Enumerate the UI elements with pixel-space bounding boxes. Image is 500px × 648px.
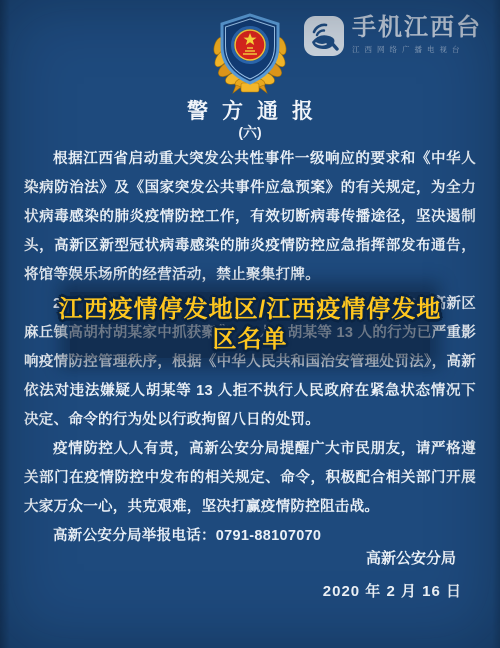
para1-line1: 根据江西省启动重大突发公共性事件一级响应的要求和《中华人民共和国传 bbox=[24, 145, 476, 174]
caption-line2: 区名单 bbox=[213, 325, 288, 355]
issuing-authority: 高新公安分局 bbox=[323, 548, 476, 570]
signature-block: 高新公安分局 2020 年 2 月 16 日 bbox=[323, 548, 476, 603]
para3-line3: 大家万众一心，共克艰难，坚决打赢疫情防控阻击战。 bbox=[24, 493, 476, 522]
para3-line2: 关部门在疫情防控中发布的相关规定、命令，积极配合相关部门开展防疫工作， bbox=[24, 464, 476, 493]
para3-line1: 疫情防控人人有责，高新公安分局提醒广大市民朋友，请严格遵守政府及相 bbox=[24, 435, 476, 464]
para1-line2: 染病防治法》及《国家突发公共事件应急预案》的有关规定，为全力做好新型冠 bbox=[24, 174, 476, 203]
police-notice-page: 手机江西台 江西网络广播电视台 警方通报 ( bbox=[0, 0, 500, 648]
caption-line1: 江西疫情停发地区/江西疫情停发地 bbox=[59, 295, 442, 325]
police-emblem-icon bbox=[202, 13, 298, 97]
para1-line4: 头，高新区新型冠状病毒感染的肺炎疫情防控应急指挥部发布通告，要求暂停麻 bbox=[24, 232, 476, 261]
mobile-jiangxi-tv-icon bbox=[303, 15, 345, 57]
broadcaster-subtitle: 江西网络广播电视台 bbox=[352, 44, 482, 55]
caption-overlay: 江西疫情停发地区/江西疫情停发地 区名单 bbox=[70, 292, 430, 358]
para1-line3: 状病毒感染的肺炎疫情防控工作，有效切断病毒传播途径，坚决遏制疫情扩散势 bbox=[24, 203, 476, 232]
issue-date: 2020 年 2 月 16 日 bbox=[323, 581, 476, 603]
broadcaster-name: 手机江西台 bbox=[352, 15, 482, 41]
hotline-line: 高新公安分局举报电话：0791-88107070 bbox=[24, 522, 476, 551]
broadcaster-logo: 手机江西台 江西网络广播电视台 bbox=[303, 15, 482, 57]
notice-title: 警方通报 bbox=[0, 95, 500, 125]
para1-line5: 将馆等娱乐场所的经营活动，禁止聚集打牌。 bbox=[24, 261, 476, 290]
para2-line5: 决定、命令的行为处以行政拘留八日的处罚。 bbox=[24, 406, 476, 435]
broadcaster-logo-text: 手机江西台 江西网络广播电视台 bbox=[352, 15, 482, 55]
para2-line4: 依法对违法嫌疑人胡某等 13 人拒不执行人民政府在紧急状态情况下依法发布的 bbox=[24, 377, 476, 406]
notice-issue-number: (六) bbox=[0, 122, 500, 142]
